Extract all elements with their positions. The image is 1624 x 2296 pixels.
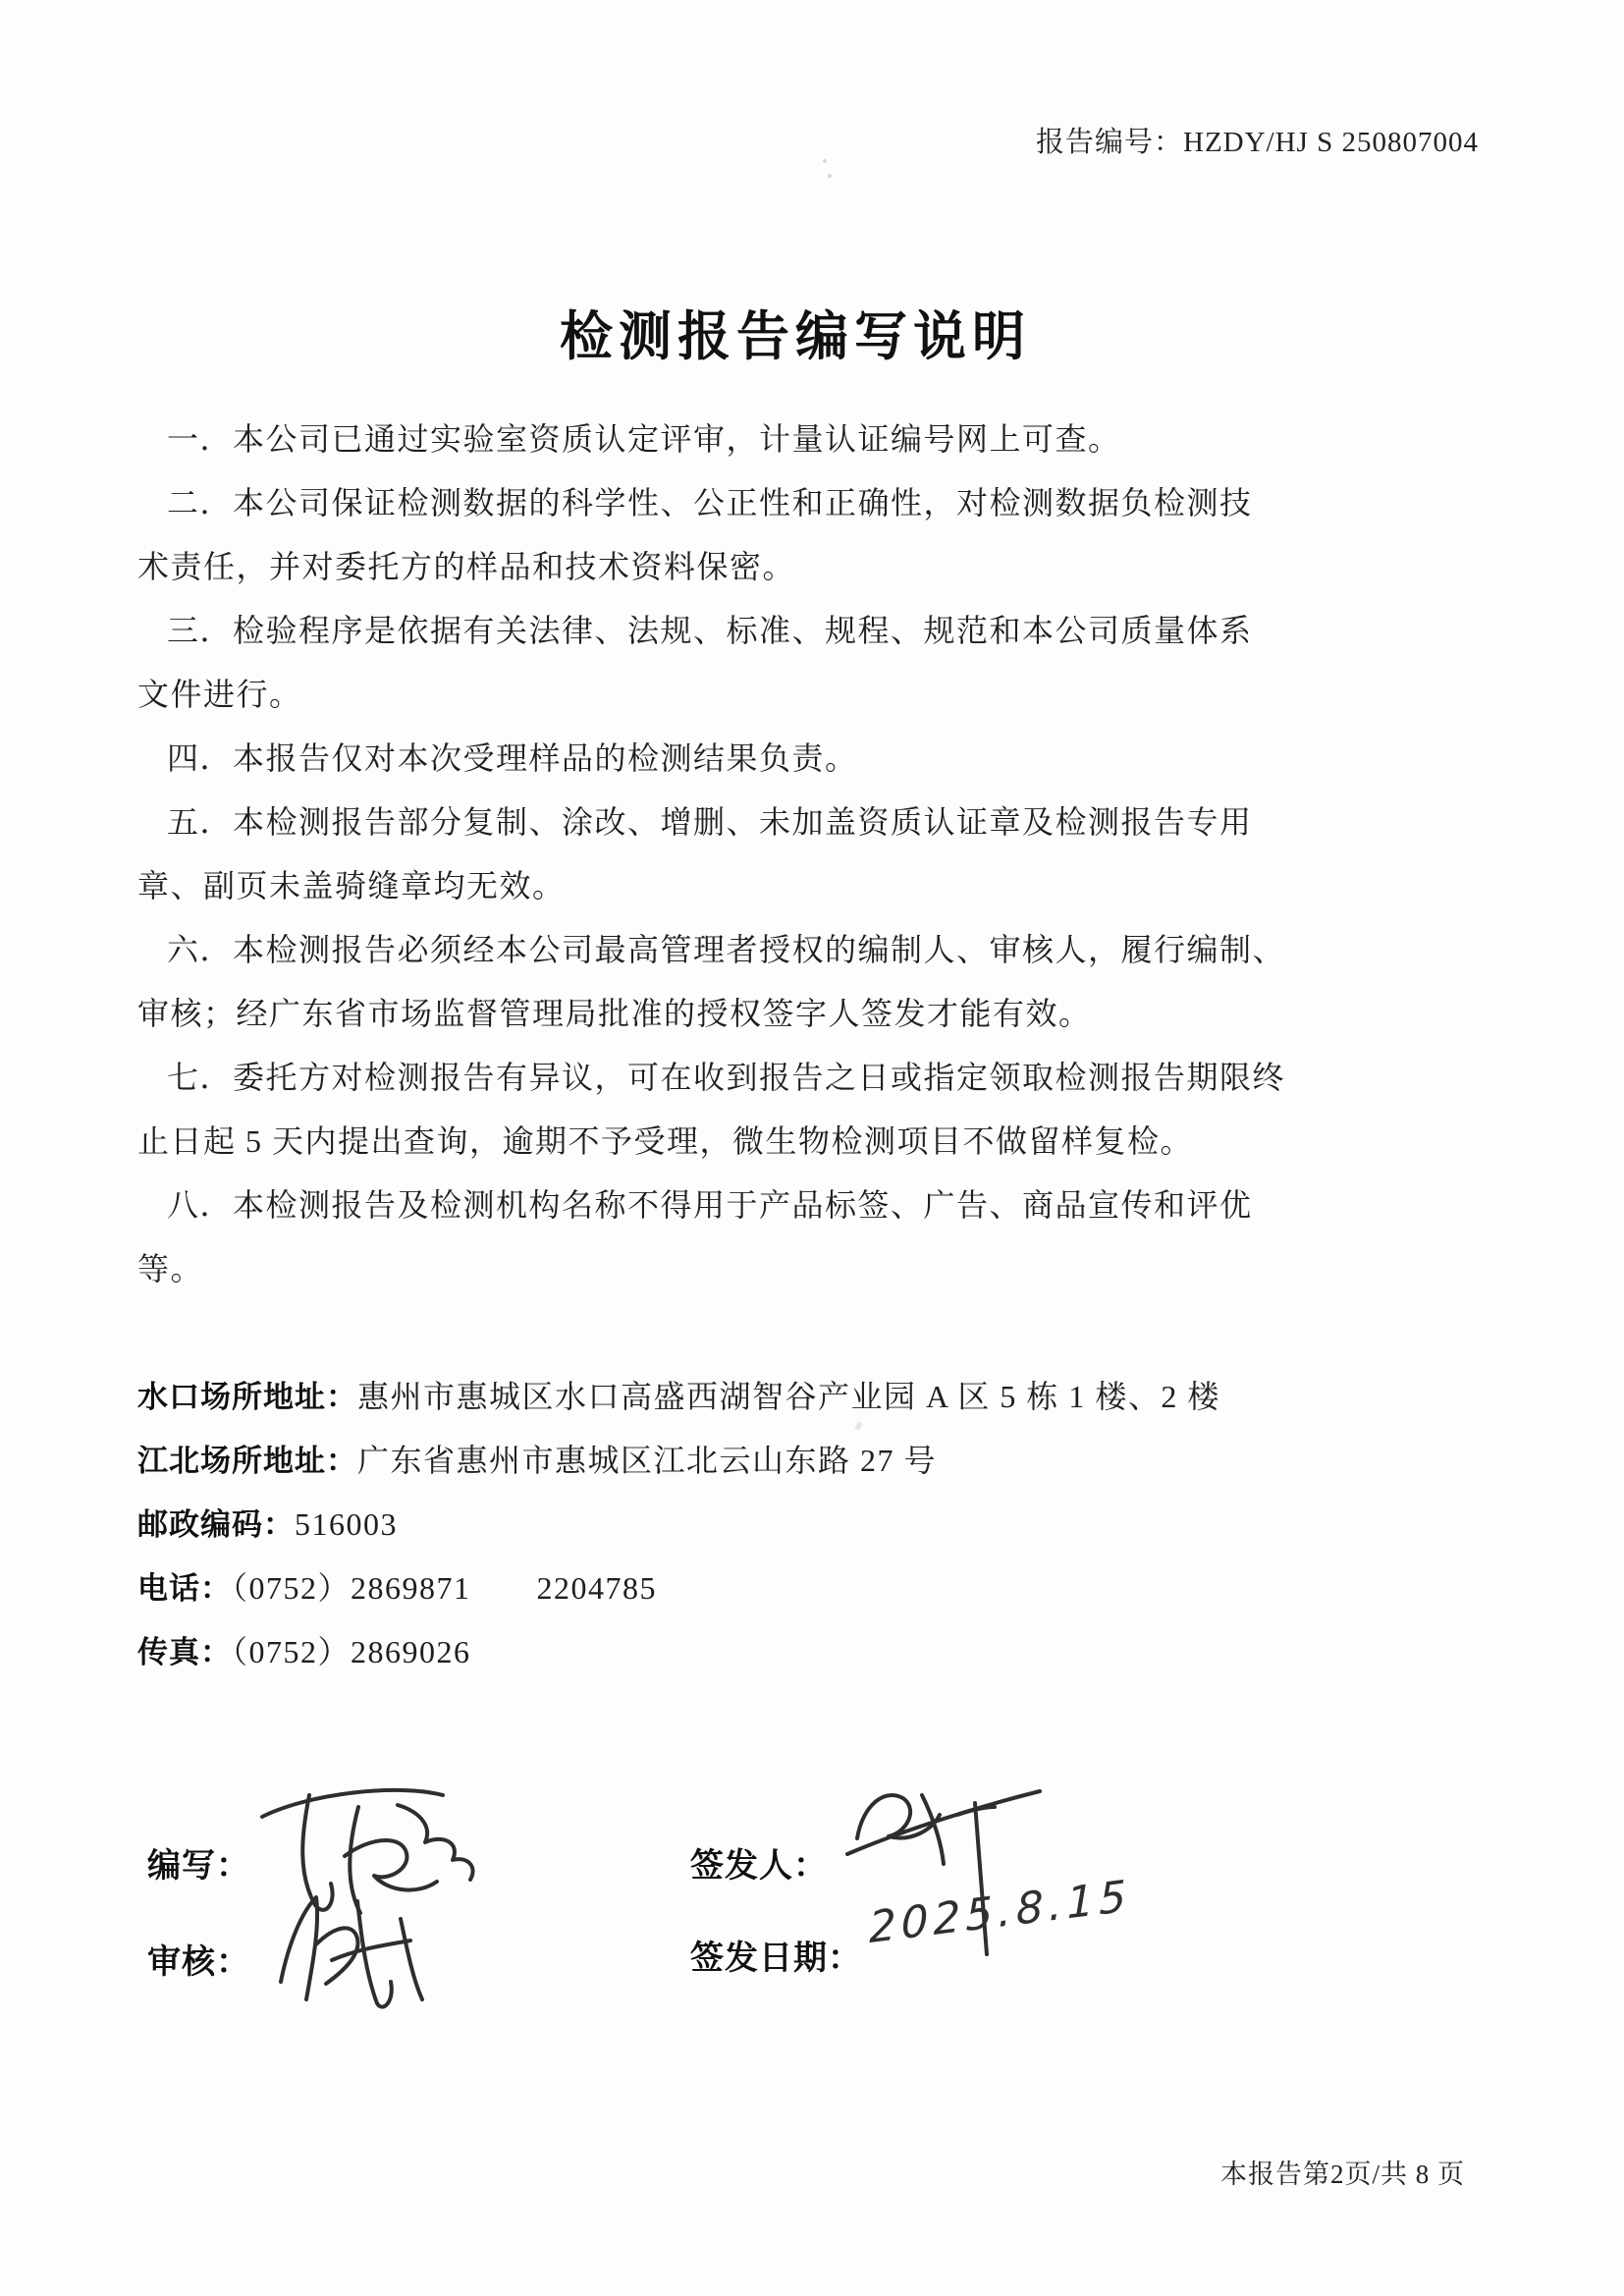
- contact-label: 江北场所地址：: [137, 1444, 357, 1478]
- contact-value: 广东省惠州市惠城区江北云山东路 27 号: [357, 1443, 937, 1478]
- note-line: 章、副页未盖骑缝章均无效。: [137, 854, 1227, 918]
- note-line: 六．本检测报告必须经本公司最高管理者授权的编制人、审核人，履行编制、: [137, 918, 1227, 982]
- blank-line: [137, 1301, 1227, 1365]
- page-title: 检测报告编写说明: [560, 295, 1031, 370]
- issuer-label: 签发人：: [690, 1838, 828, 1886]
- writer-label: 编写：: [147, 1838, 250, 1886]
- scan-artifact: [828, 174, 832, 178]
- note-line: 八．本检测报告及检测机构名称不得用于产品标签、广告、商品宣传和评优: [137, 1174, 1227, 1237]
- contact-value: 惠州市惠城区水口高盛西湖智谷产业园 A 区 5 栋 1 楼、2 楼: [357, 1379, 1220, 1414]
- contact-label: 邮政编码：: [137, 1507, 295, 1542]
- note-line: 止日起 5 天内提出查询，逾期不予受理，微生物检测项目不做留样复检。: [137, 1110, 1227, 1174]
- contact-row-jiangbei-address: 江北场所地址：广东省惠州市惠城区江北云山东路 27 号: [137, 1429, 1227, 1493]
- note-line: 五．本检测报告部分复制、涂改、增删、未加盖资质认证章及检测报告专用: [137, 791, 1227, 854]
- contact-row-shuikou-address: 水口场所地址：惠州市惠城区水口高盛西湖智谷产业园 A 区 5 栋 1 楼、2 楼: [137, 1365, 1227, 1429]
- note-line: 三．检验程序是依据有关法律、法规、标准、规程、规范和本公司质量体系: [137, 599, 1227, 663]
- contact-value: （0752）2869026: [232, 1634, 471, 1669]
- contact-row-fax: 传真：（0752）2869026: [137, 1620, 1227, 1684]
- scan-artifact: [823, 159, 827, 163]
- report-number: 报告编号：HZDY/HJ S 250807004: [1036, 120, 1479, 160]
- reviewer-signature: [263, 1884, 450, 2016]
- issue-date-label: 签发日期：: [690, 1931, 862, 1979]
- contact-row-phone: 电话：（0752）2869871 2204785: [137, 1557, 1227, 1620]
- note-line: 等。: [137, 1237, 1227, 1301]
- reviewer-label: 审核：: [147, 1935, 250, 1983]
- scanned-report-page: 报告编号：HZDY/HJ S 250807004 检测报告编写说明 一．本公司已…: [0, 0, 1624, 2296]
- contact-row-postcode: 邮政编码：516003: [137, 1493, 1227, 1557]
- contact-label: 水口场所地址：: [137, 1380, 357, 1414]
- contact-value: 516003: [295, 1506, 398, 1542]
- note-line: 文件进行。: [137, 663, 1227, 727]
- note-line: 七．委托方对检测报告有异议，可在收到报告之日或指定领取检测报告期限终: [137, 1046, 1227, 1110]
- contact-label: 电话：: [137, 1571, 232, 1606]
- note-line: 术责任，并对委托方的样品和技术资料保密。: [137, 535, 1227, 599]
- note-line: 一．本公司已通过实验室资质认定评审，计量认证编号网上可查。: [137, 408, 1227, 471]
- note-line: 审核；经广东省市场监督管理局批准的授权签字人签发才能有效。: [137, 982, 1227, 1046]
- note-line: 四．本报告仅对本次受理样品的检测结果负责。: [137, 727, 1227, 791]
- contact-label: 传真：: [137, 1635, 232, 1669]
- contact-value: （0752）2869871 2204785: [232, 1570, 657, 1606]
- page-footer: 本报告第2页/共 8 页: [1220, 2153, 1465, 2191]
- notes-section: 一．本公司已通过实验室资质认定评审，计量认证编号网上可查。 二．本公司保证检测数…: [137, 408, 1227, 1684]
- note-line: 二．本公司保证检测数据的科学性、公正性和正确性，对检测数据负检测技: [137, 471, 1227, 535]
